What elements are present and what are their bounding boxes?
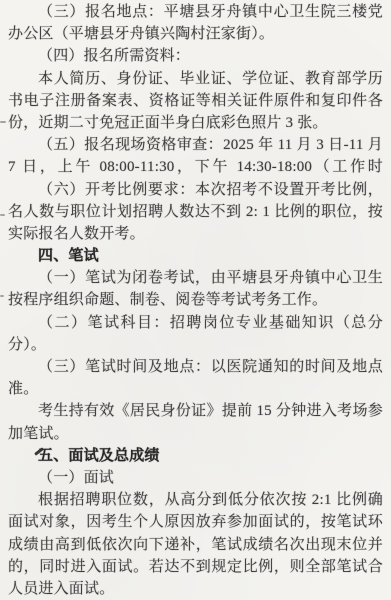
text-line: （一）笔试为闭卷考试，由平塘县牙舟镇中心卫生院 (8, 267, 383, 289)
text-line: 名人数与职位计划招聘人数达不到 2: 1 比例的职位，按 (8, 201, 383, 223)
text-line: 考生持有效《居民身份证》提前 15 分钟进入考场参 (8, 400, 383, 422)
text-line: （二）笔试科目：招聘岗位专业基础知识（总分 100 (8, 312, 383, 334)
text-line: 按程序组织命题、制卷、阅卷等考试考务工作。 (8, 289, 383, 311)
text-line: 份，近期二寸免冠正面半身白底彩色照片 3 张。 (8, 112, 383, 134)
scanned-document-page: （三）报名地点：平塘县牙舟镇中心卫生院三楼党政办公区（平塘县牙舟镇兴陶村汪家街）… (0, 0, 391, 600)
document-lines: （三）报名地点：平塘县牙舟镇中心卫生院三楼党政办公区（平塘县牙舟镇兴陶村汪家街）… (8, 1, 383, 600)
text-line: （四）报名所需资料： (8, 45, 383, 67)
text-line: 办公区（平塘县牙舟镇兴陶村汪家街）。 (8, 23, 383, 45)
scan-speck-left-1 (0, 121, 6, 123)
text-line: 面试对象，因考生个人原因放弃参加面试的，按笔试环节 (8, 511, 383, 533)
text-line: 书电子注册备案表、资格证等相关证件原件和复印件各 1 (8, 90, 383, 112)
text-line: （六）开考比例要求：本次招考不设置开考比例，报 (8, 179, 383, 201)
scan-speck-left-2 (0, 214, 5, 216)
text-line: 成绩由高到低依次向下递补，笔试成绩名次出现末位并列 (8, 534, 383, 556)
text-line: 根据招聘职位数，从高分到低分依次按 2:1 比例确定 (8, 489, 383, 511)
text-line: 本人简历、身份证、毕业证、学位证、教育部学历证 (8, 68, 383, 90)
text-line: （三）报名地点：平塘县牙舟镇中心卫生院三楼党政 (8, 1, 383, 23)
section-heading: 五、面试及总成绩 (8, 445, 383, 467)
text-line: 加笔试。 (8, 423, 383, 445)
text-line: 实际报名人数开考。 (8, 223, 383, 245)
text-line: 7 日，上午 08:00-11:30，下午 14:30-18:00（工作时间）。 (8, 156, 383, 178)
text-line: （一）面试 (8, 467, 383, 489)
text-line: 人员进入面试。 (8, 578, 383, 600)
text-line: 准。 (8, 378, 383, 400)
text-line: （三）笔试时间及地点：以医院通知的时间及地点为 (8, 356, 383, 378)
text-line: 的，同时进入面试。若达不到规定比例，则全部笔试合格 (8, 556, 383, 578)
text-line: 分）。 (8, 334, 383, 356)
scan-speck-left-3 (0, 295, 4, 297)
section-heading: 四、笔试 (8, 245, 383, 267)
text-line: （五）报名现场资格审查：2025 年 11 月 3 日-11 月 (8, 134, 383, 156)
